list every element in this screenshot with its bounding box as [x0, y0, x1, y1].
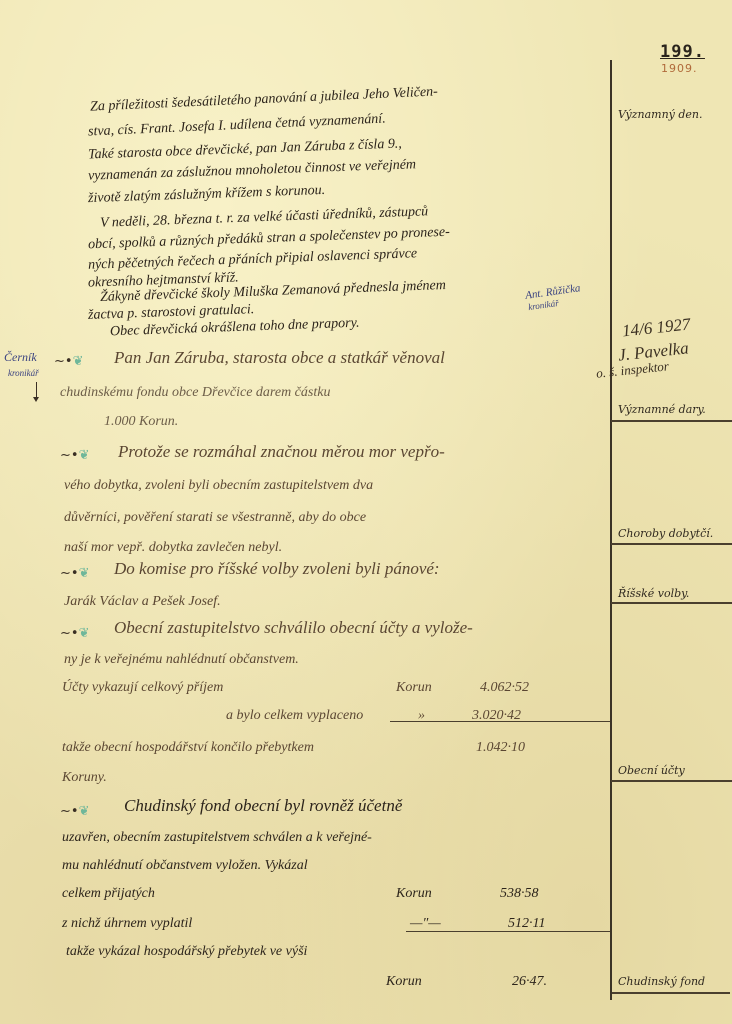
- text-line: životě zlatým záslužným křížem s korunou…: [88, 183, 326, 207]
- margin-heading-elections: Říšské volby.: [618, 587, 689, 600]
- text-line: Do komise pro říšské volby zvoleni byli …: [114, 559, 440, 579]
- fund-surplus-value: 26·47.: [512, 974, 547, 990]
- text-line: mu nahlédnutí občanstvem vyložen. Vykáza…: [62, 858, 308, 874]
- margin-heading-accounts: Obecní účty: [618, 764, 685, 777]
- margin-heading-significant-day: Významný den.: [618, 108, 703, 121]
- text-line: stva, cís. Frant. Josefa I. udílena četn…: [88, 112, 386, 141]
- page-year: 1909.: [661, 62, 698, 75]
- receipts-value: 538·58: [500, 886, 539, 902]
- text-line: Za příležitosti šedesátiletého panování …: [90, 84, 438, 115]
- receipts-label: celkem přijatých: [62, 886, 155, 902]
- surplus-unit: Koruny.: [62, 770, 107, 786]
- section-rule: [611, 543, 732, 545]
- margin-heading-poor-fund: Chudinský fond: [618, 975, 705, 988]
- text-line: Pan Jan Záruba, starosta obce a statkář …: [114, 348, 445, 368]
- receipts-unit: Korun: [396, 886, 432, 902]
- section-rule: [612, 992, 730, 994]
- paid-label: z nichž úhrnem vyplatil: [62, 916, 192, 932]
- income-value: 4.062·52: [480, 680, 529, 696]
- text-line: Jarák Václav a Pešek Josef.: [64, 594, 221, 610]
- text-line: Protože se rozmáhal značnou měrou mor ve…: [118, 442, 445, 462]
- text-line: naší mor vepř. dobytka zavlečen nebyl.: [64, 540, 282, 556]
- paragraph-flourish-icon: ~•❦: [54, 354, 83, 369]
- expense-label: a bylo celkem vyplaceno: [226, 708, 363, 724]
- income-unit: Korun: [396, 680, 432, 696]
- text-line: uzavřen, obecním zastupitelstvem schvále…: [62, 830, 372, 846]
- fund-surplus-unit: Korun: [386, 974, 422, 990]
- paid-value: 512·11: [508, 916, 545, 932]
- section-rule: [611, 602, 732, 604]
- arrow-down-icon: [36, 382, 37, 400]
- text-line: chudinskému fondu obce Dřevčice darem čá…: [60, 385, 330, 401]
- paragraph-flourish-icon: ~•❦: [60, 804, 89, 819]
- paragraph-flourish-icon: ~•❦: [60, 566, 89, 581]
- text-line: důvěrníci, pověření starati se všestrann…: [64, 510, 366, 526]
- paragraph-flourish-icon: ~•❦: [60, 448, 89, 463]
- text-line: 1.000 Korun.: [104, 414, 178, 430]
- margin-heading-gifts: Významné dary.: [618, 403, 706, 416]
- sum-rule: [390, 721, 610, 722]
- fund-surplus-label: takže vykázal hospodářský přebytek ve vý…: [66, 944, 307, 960]
- paragraph-flourish-icon: ~•❦: [60, 626, 89, 641]
- chronicle-page: 199. 1909. Významný den. Významné dary. …: [0, 0, 732, 1024]
- surplus-value: 1.042·10: [476, 740, 525, 756]
- inspector-role: o. š. inspektor: [595, 358, 669, 382]
- inspection-date: 14/6 1927: [621, 314, 691, 341]
- paid-unit: —″—: [410, 916, 441, 932]
- left-side-note-name: Černík: [4, 350, 37, 365]
- text-line: Chudinský fond obecní byl rovněž účetně: [124, 796, 402, 816]
- margin-heading-cattle-disease: Choroby dobytčí.: [618, 527, 713, 540]
- text-line: ny je k veřejnému nahlédnutí občanstvem.: [64, 652, 299, 668]
- section-rule: [611, 420, 732, 422]
- surplus-label: takže obecní hospodářství končilo přebyt…: [62, 740, 314, 756]
- margin-column-divider: [610, 60, 612, 1000]
- left-side-note-role: kronikář: [8, 368, 39, 378]
- sum-rule: [406, 931, 610, 932]
- page-number: 199.: [660, 42, 705, 62]
- income-label: Účty vykazují celkový příjem: [62, 680, 223, 696]
- text-line: vého dobytka, zvoleni byli obecním zastu…: [64, 478, 373, 494]
- section-rule: [611, 780, 732, 782]
- text-line: Obecní zastupitelstvo schválilo obecní ú…: [114, 618, 473, 638]
